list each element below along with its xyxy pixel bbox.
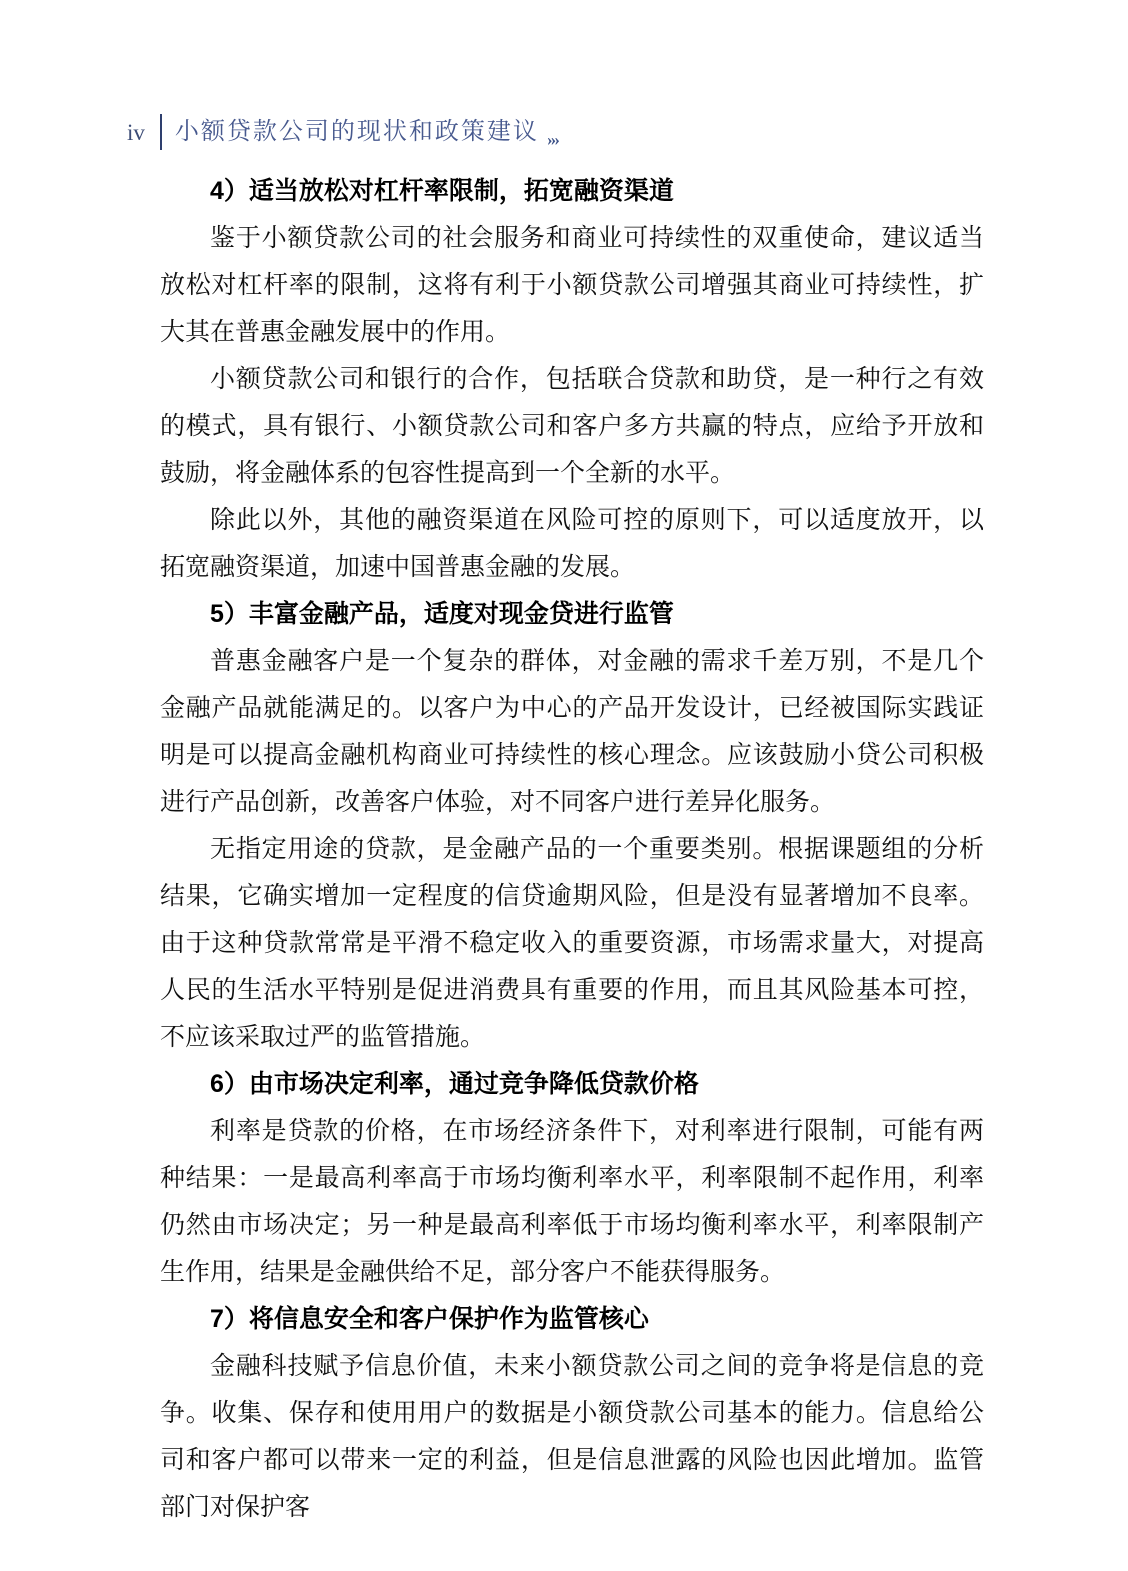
section-6: 6）由市场决定利率，通过竞争降低贷款价格 利率是贷款的价格，在市场经济条件下，对…	[160, 1061, 984, 1296]
paragraph: 除此以外，其他的融资渠道在风险可控的原则下，可以适度放开，以拓宽融资渠道，加速中…	[160, 497, 984, 591]
page-header: iv 小额贷款公司的现状和政策建议 ›››	[127, 112, 558, 152]
header-divider	[160, 114, 162, 150]
paragraph: 普惠金融客户是一个复杂的群体，对金融的需求千差万别，不是几个金融产品就能满足的。…	[160, 638, 984, 826]
running-title: 小额贷款公司的现状和政策建议	[175, 120, 539, 144]
body-text: 4）适当放松对杠杆率限制，拓宽融资渠道 鉴于小额贷款公司的社会服务和商业可持续性…	[160, 168, 984, 1531]
paragraph: 小额贷款公司和银行的合作，包括联合贷款和助贷，是一种行之有效的模式，具有银行、小…	[160, 356, 984, 497]
paragraph: 无指定用途的贷款，是金融产品的一个重要类别。根据课题组的分析结果，它确实增加一定…	[160, 826, 984, 1061]
section-heading: 4）适当放松对杠杆率限制，拓宽融资渠道	[160, 168, 984, 215]
paragraph: 鉴于小额贷款公司的社会服务和商业可持续性的双重使命，建议适当放松对杠杆率的限制，…	[160, 215, 984, 356]
page-number: iv	[127, 121, 145, 144]
section-heading: 6）由市场决定利率，通过竞争降低贷款价格	[160, 1061, 984, 1108]
chevrons-icon: ›››	[547, 131, 558, 152]
section-heading: 7）将信息安全和客户保护作为监管核心	[160, 1296, 984, 1343]
section-4: 4）适当放松对杠杆率限制，拓宽融资渠道 鉴于小额贷款公司的社会服务和商业可持续性…	[160, 168, 984, 591]
section-7: 7）将信息安全和客户保护作为监管核心 金融科技赋予信息价值，未来小额贷款公司之间…	[160, 1296, 984, 1531]
document-page: iv 小额贷款公司的现状和政策建议 ››› 4）适当放松对杠杆率限制，拓宽融资渠…	[0, 0, 1128, 1571]
paragraph: 金融科技赋予信息价值，未来小额贷款公司之间的竞争将是信息的竞争。收集、保存和使用…	[160, 1343, 984, 1531]
section-heading: 5）丰富金融产品，适度对现金贷进行监管	[160, 591, 984, 638]
section-5: 5）丰富金融产品，适度对现金贷进行监管 普惠金融客户是一个复杂的群体，对金融的需…	[160, 591, 984, 1061]
paragraph: 利率是贷款的价格，在市场经济条件下，对利率进行限制，可能有两种结果：一是最高利率…	[160, 1108, 984, 1296]
